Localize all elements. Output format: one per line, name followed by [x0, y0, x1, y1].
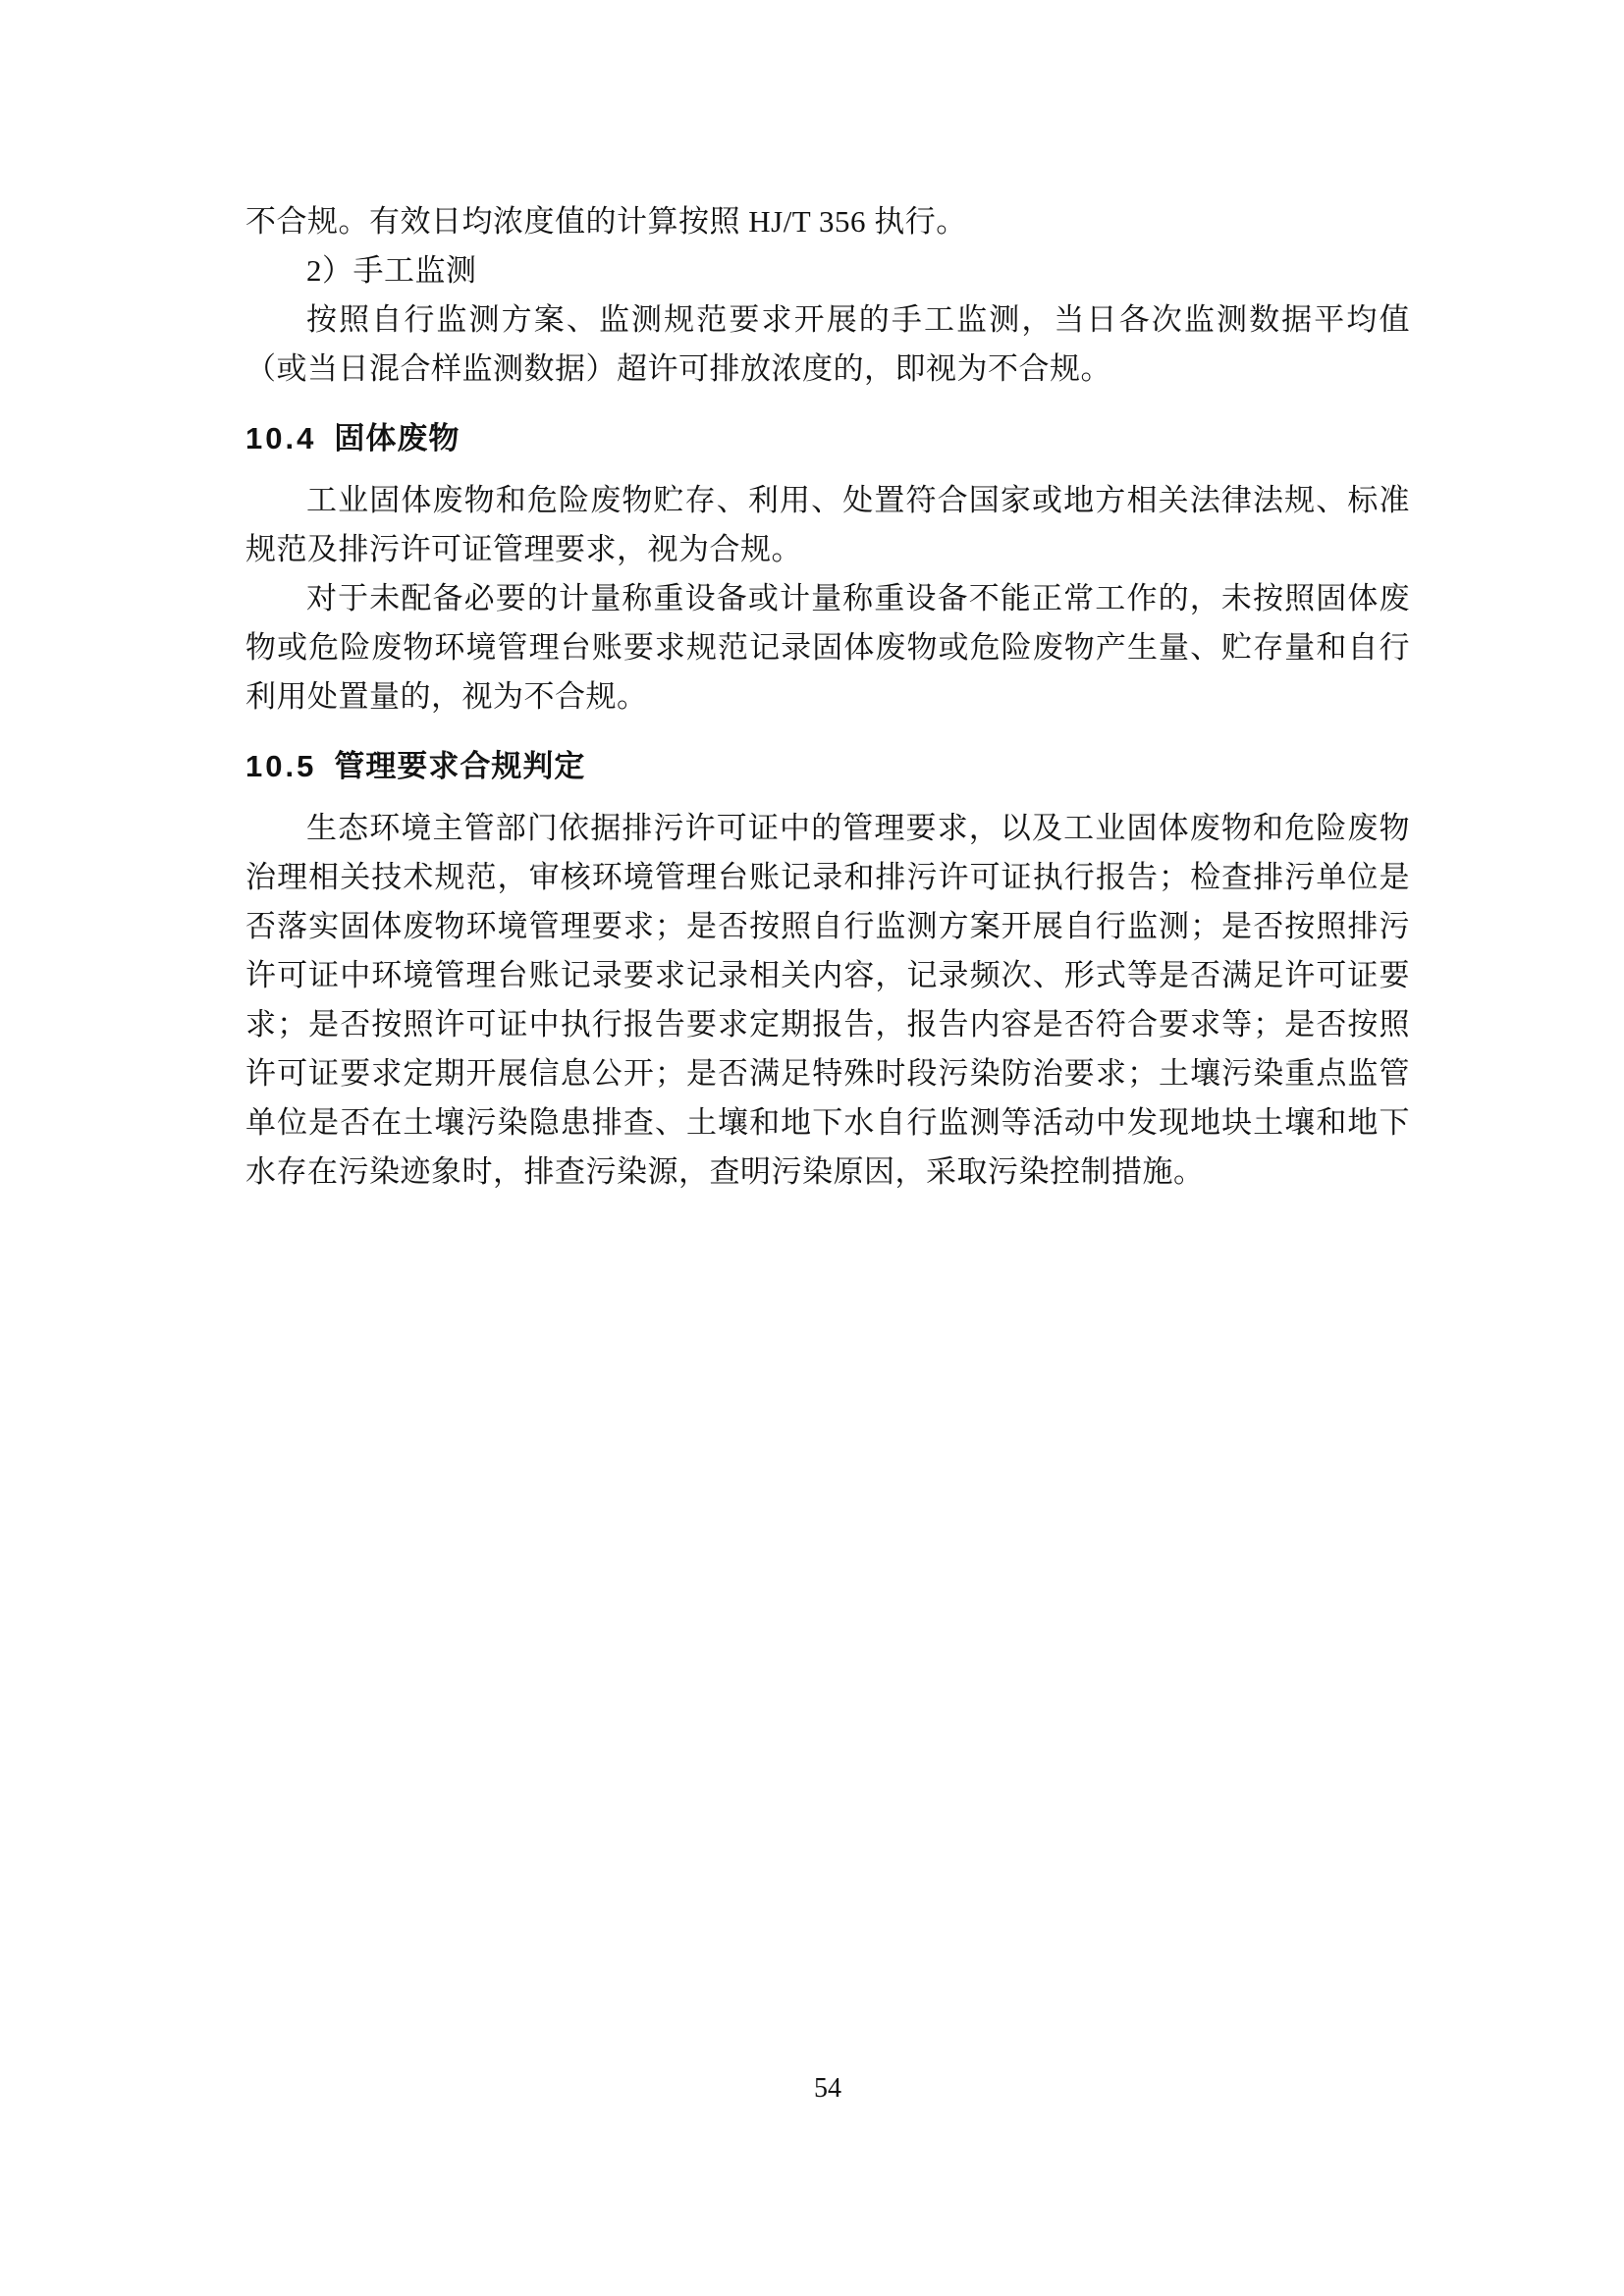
paragraph-manual-monitoring-rule: 按照自行监测方案、监测规范要求开展的手工监测，当日各次监测数据平均值（或当日混合… — [245, 295, 1410, 394]
text-block: 不合规。有效日均浓度值的计算按照 HJ/T 356 执行。 2）手工监测 按照自… — [245, 197, 1410, 1197]
section-heading-10-4: 10.4 固体废物 — [245, 414, 1410, 463]
section-number: 10.5 — [245, 742, 316, 791]
paragraph-solid-waste-noncompliant: 对于未配备必要的计量称重设备或计量称重设备不能正常工作的，未按照固体废物或危险废… — [245, 574, 1410, 721]
paragraph-continuation: 不合规。有效日均浓度值的计算按照 HJ/T 356 执行。 — [245, 197, 1410, 246]
section-title: 管理要求合规判定 — [334, 742, 585, 791]
page-number: 54 — [245, 2071, 1410, 2107]
paragraph-solid-waste-compliant: 工业固体废物和危险废物贮存、利用、处置符合国家或地方相关法律法规、标准规范及排污… — [245, 476, 1410, 574]
document-page: 不合规。有效日均浓度值的计算按照 HJ/T 356 执行。 2）手工监测 按照自… — [0, 0, 1624, 2296]
section-number: 10.4 — [245, 414, 316, 463]
list-item-manual-monitoring: 2）手工监测 — [245, 246, 1410, 295]
section-heading-10-5: 10.5 管理要求合规判定 — [245, 742, 1410, 791]
section-title: 固体废物 — [334, 414, 460, 463]
paragraph-management-compliance: 生态环境主管部门依据排污许可证中的管理要求，以及工业固体废物和危险废物治理相关技… — [245, 804, 1410, 1197]
